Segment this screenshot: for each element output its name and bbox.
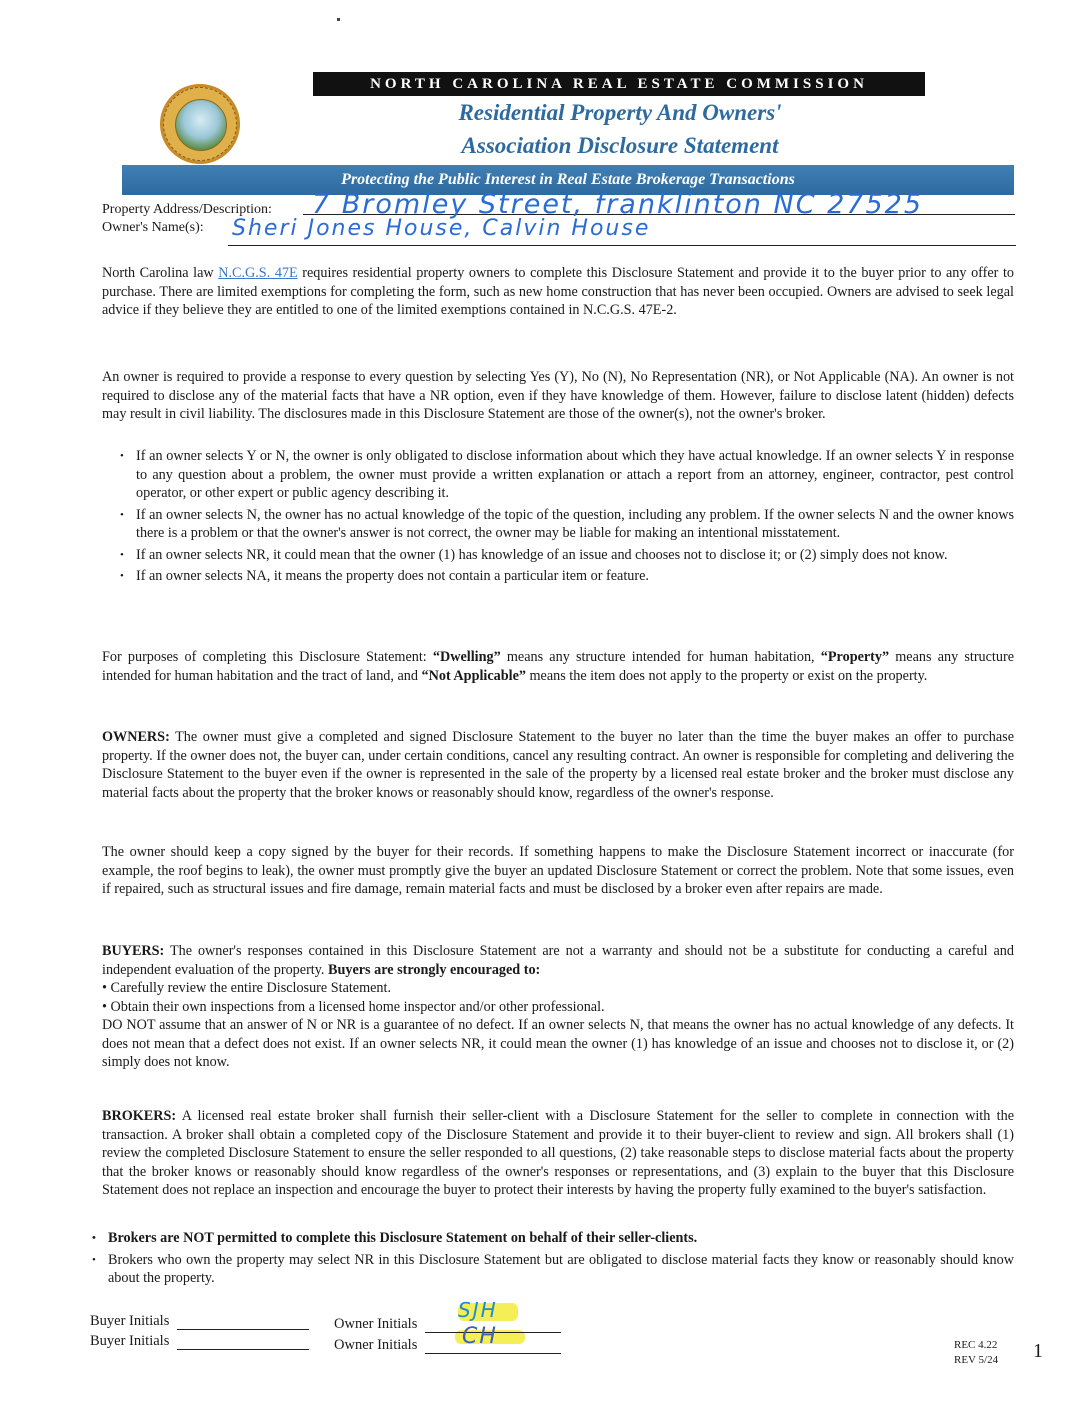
requirements-paragraph: An owner is required to provide a respon… [102, 368, 1014, 424]
intro-paragraph: North Carolina law N.C.G.S. 47E requires… [102, 264, 1014, 320]
owner1-initials-handwritten: SJH [458, 1298, 498, 1322]
owners-heading: OWNERS: [102, 729, 170, 745]
form-title-line1: Residential Property And Owners' [380, 100, 860, 126]
owners-field[interactable]: Sheri Jones House, Calvin House [232, 216, 650, 241]
form-code: REC 4.22 REV 5/24 [954, 1338, 998, 1368]
buyers-section: BUYERS: The owner's responses contained … [102, 942, 1014, 1072]
buyer-initials-field-2[interactable] [177, 1349, 309, 1350]
bullet-n: If an owner selects N, the owner has no … [120, 506, 1014, 543]
statute-link[interactable]: N.C.G.S. 47E [218, 265, 297, 281]
owners-row: Owner's Name(s): [102, 220, 204, 236]
nc-seal-icon [160, 84, 240, 164]
owners-label: Owner's Name(s): [102, 220, 204, 236]
buyer-initials-row-2: Buyer Initials [90, 1333, 309, 1350]
buyers-item-inspections: • Obtain their own inspections from a li… [102, 998, 1014, 1017]
owner2-initials-handwritten: CH [462, 1324, 498, 1349]
seal-emblem [175, 99, 227, 151]
buyers-heading: BUYERS: [102, 943, 164, 959]
owners-section: OWNERS: The owner must give a completed … [102, 728, 1014, 802]
bullet-y-or-n: If an owner selects Y or N, the owner is… [120, 447, 1014, 503]
brokers-heading: BROKERS: [102, 1108, 176, 1124]
owner-initials-field-2[interactable] [425, 1353, 561, 1354]
buyer-initials-row-1: Buyer Initials [90, 1313, 309, 1330]
brokers-bullets: Brokers are NOT permitted to complete th… [92, 1229, 1014, 1291]
buyer-initials-field-1[interactable] [177, 1329, 309, 1330]
brokers-bullet-own-property: Brokers who own the property may select … [92, 1251, 1014, 1288]
buyers-item-review: • Carefully review the entire Disclosure… [102, 979, 1014, 998]
owner-initials-row-1: Owner Initials [334, 1316, 561, 1333]
bullet-na: If an owner selects NA, it means the pro… [120, 567, 1014, 586]
brokers-bullet-not-permitted: Brokers are NOT permitted to complete th… [92, 1229, 1014, 1248]
bullet-nr: If an owner selects NR, it could mean th… [120, 546, 1014, 565]
owner-initials-row-2: Owner Initials [334, 1337, 561, 1354]
response-bullets: If an owner selects Y or N, the owner is… [120, 447, 1014, 589]
form-title-line2: Association Disclosure Statement [380, 133, 860, 159]
brokers-section: BROKERS: A licensed real estate broker s… [102, 1107, 1014, 1200]
buyers-warning: DO NOT assume that an answer of N or NR … [102, 1016, 1014, 1072]
page-number: 1 [1033, 1340, 1043, 1363]
commission-header: NORTH CAROLINA REAL ESTATE COMMISSION [313, 72, 925, 96]
scan-speck [337, 18, 340, 21]
owners-copy-paragraph: The owner should keep a copy signed by t… [102, 843, 1014, 899]
owners-line [228, 245, 1016, 246]
definitions-paragraph: For purposes of completing this Disclosu… [102, 648, 1014, 685]
